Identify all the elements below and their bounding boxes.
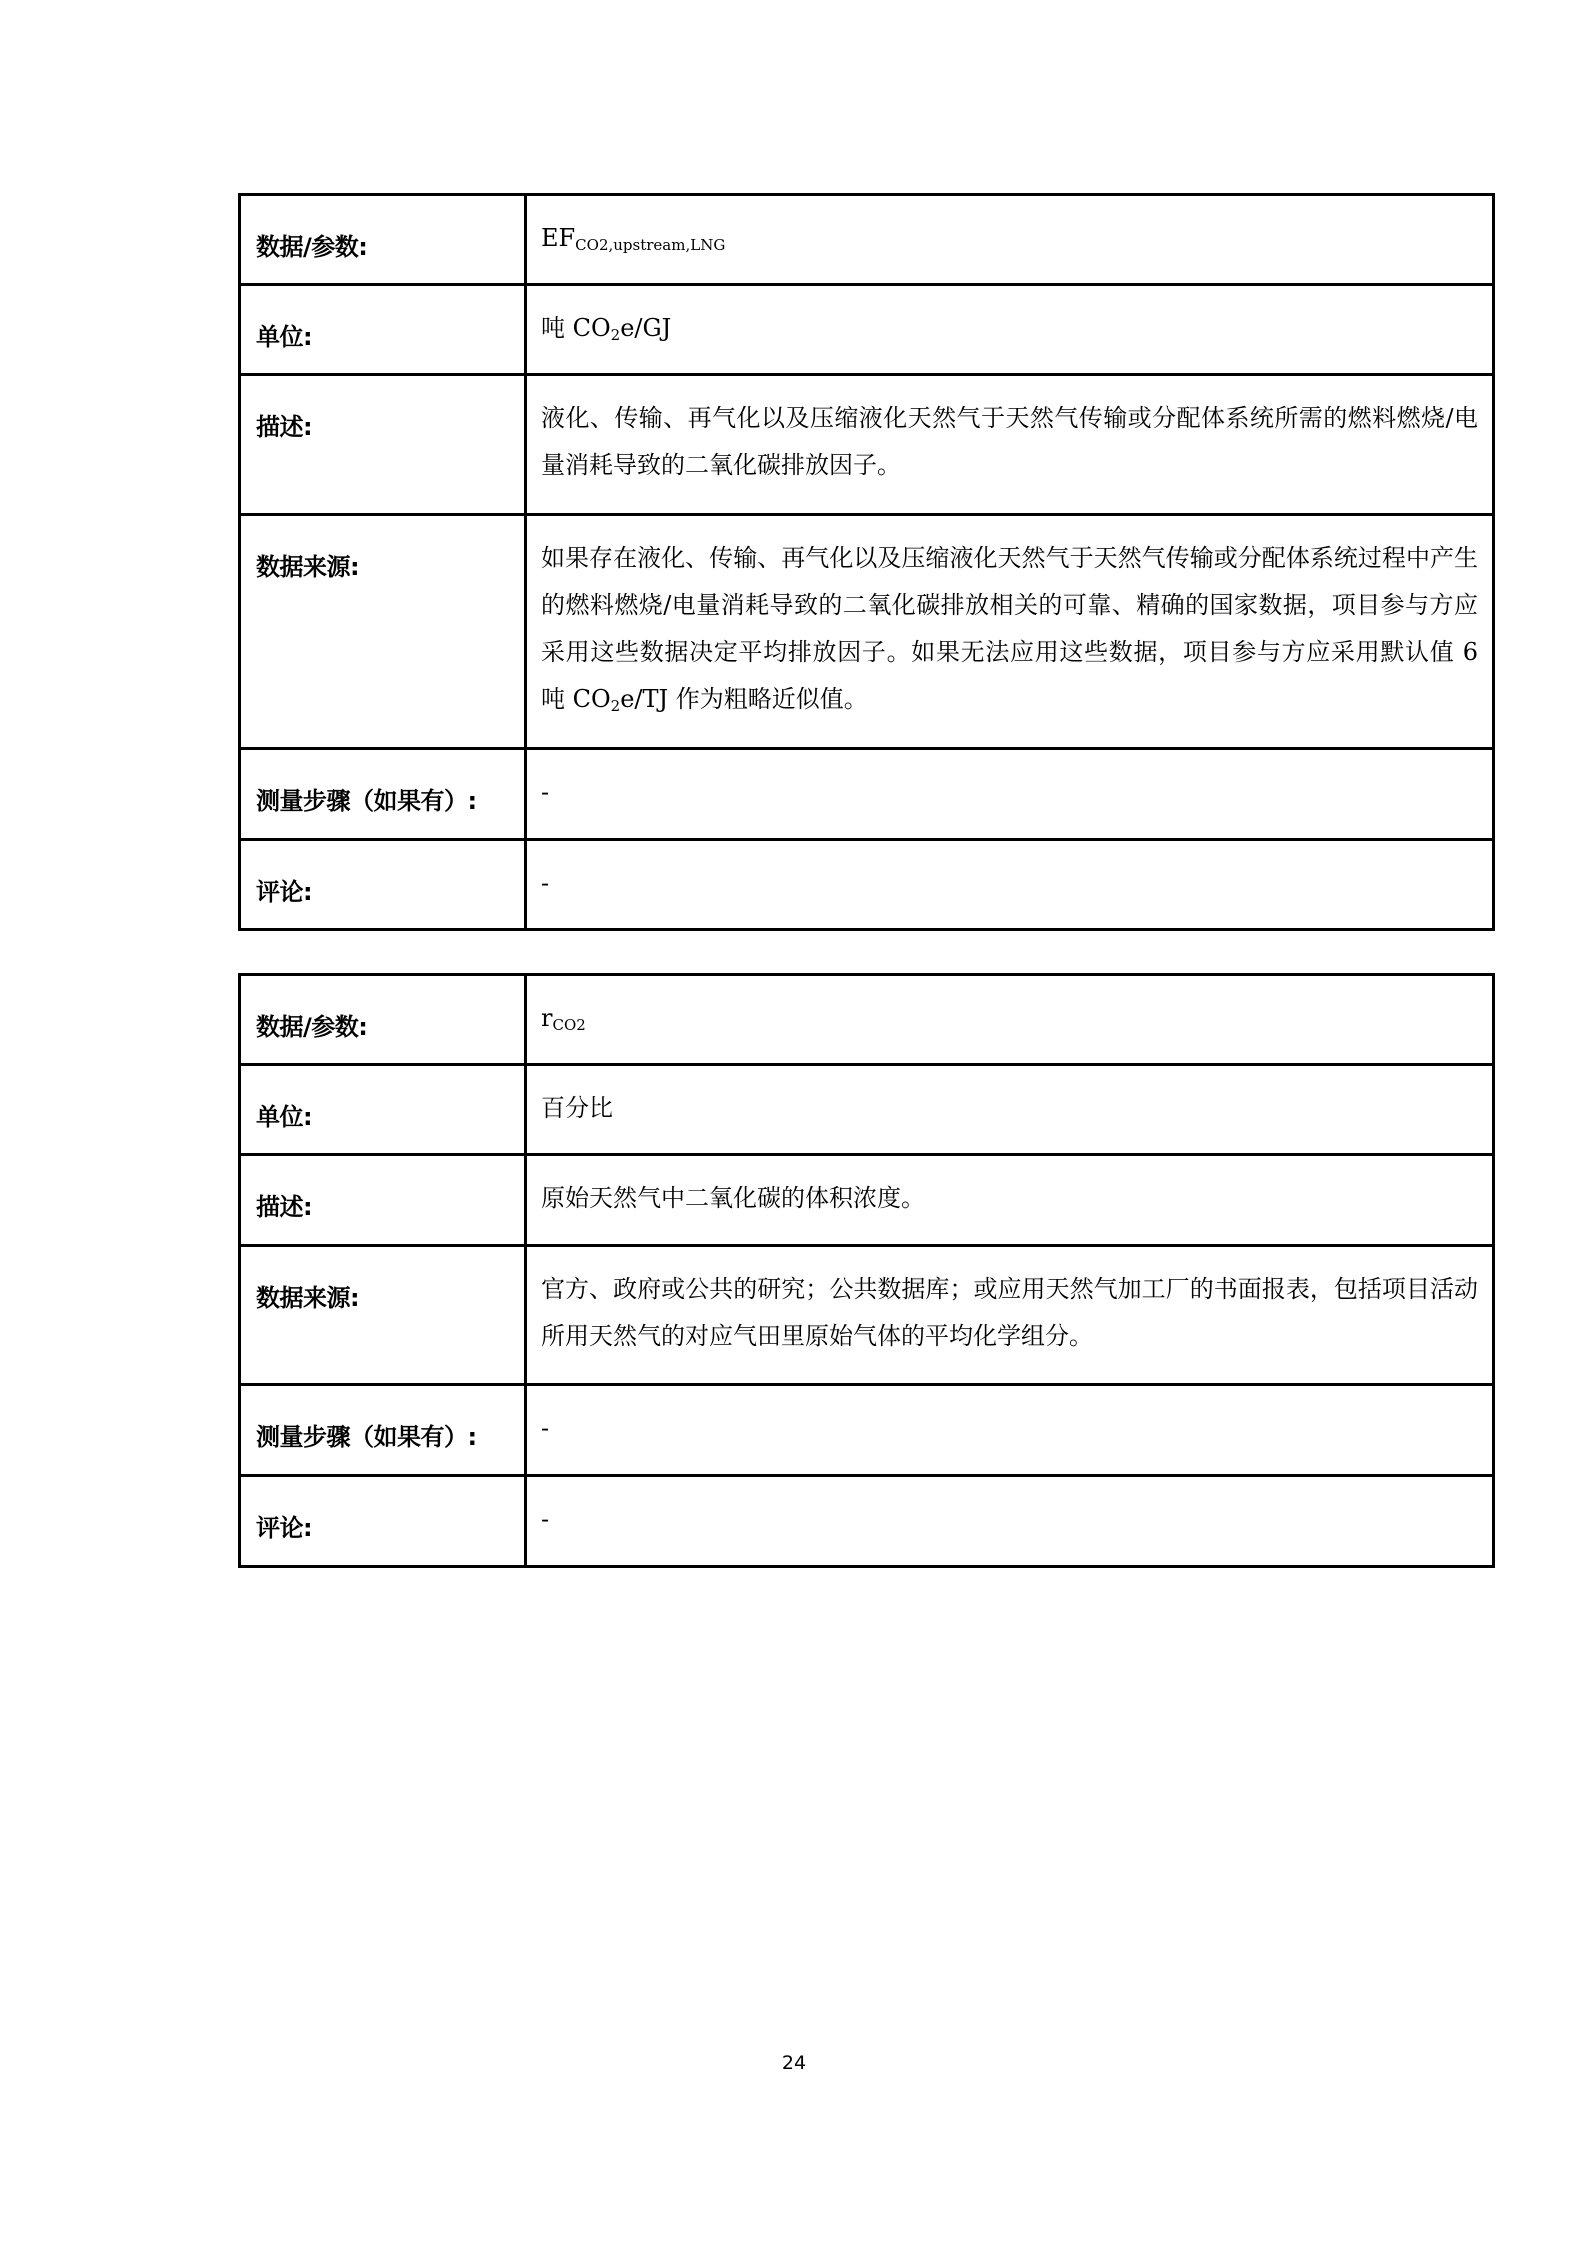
table-row-unit: 单位: 吨 CO2e/GJ bbox=[240, 285, 1494, 375]
label-comment: 评论: bbox=[240, 840, 526, 930]
unit-text-suffix: e/GJ bbox=[620, 314, 671, 342]
label-parameter: 数据/参数: bbox=[240, 975, 526, 1065]
value-unit: 百分比 bbox=[526, 1065, 1494, 1155]
table-row-data-source: 数据来源: 官方、政府或公共的研究；公共数据库；或应用天然气加工厂的书面报表，包… bbox=[240, 1246, 1494, 1385]
value-description: 原始天然气中二氧化碳的体积浓度。 bbox=[526, 1155, 1494, 1246]
table-row-parameter: 数据/参数: rCO2 bbox=[240, 975, 1494, 1065]
table-row-comment: 评论: - bbox=[240, 1476, 1494, 1567]
table-row-description: 描述: 液化、传输、再气化以及压缩液化天然气于天然气传输或分配体系统所需的燃料燃… bbox=[240, 375, 1494, 515]
value-comment: - bbox=[526, 1476, 1494, 1567]
table-row-comment: 评论: - bbox=[240, 840, 1494, 930]
label-parameter: 数据/参数: bbox=[240, 195, 526, 285]
data-source-subscript: 2 bbox=[611, 697, 621, 715]
unit-text: 吨 CO bbox=[541, 314, 611, 342]
value-data-source: 如果存在液化、传输、再气化以及压缩液化天然气于天然气传输或分配体系统过程中产生的… bbox=[526, 515, 1494, 749]
table-row-data-source: 数据来源: 如果存在液化、传输、再气化以及压缩液化天然气于天然气传输或分配体系统… bbox=[240, 515, 1494, 749]
value-data-source: 官方、政府或公共的研究；公共数据库；或应用天然气加工厂的书面报表，包括项目活动所… bbox=[526, 1246, 1494, 1385]
table-row-unit: 单位: 百分比 bbox=[240, 1065, 1494, 1155]
table-row-description: 描述: 原始天然气中二氧化碳的体积浓度。 bbox=[240, 1155, 1494, 1246]
parameter-table-r-co2: 数据/参数: rCO2 单位: 百分比 描述: 原始天然气中二氧化碳的体积浓度。… bbox=[238, 973, 1495, 1568]
value-measurement-procedure: - bbox=[526, 749, 1494, 840]
label-data-source: 数据来源: bbox=[240, 515, 526, 749]
data-source-text-suffix: e/TJ 作为粗略近似值。 bbox=[620, 685, 868, 713]
table-row-parameter: 数据/参数: EFCO2,upstream,LNG bbox=[240, 195, 1494, 285]
table-row-measurement-procedure: 测量步骤（如果有）: - bbox=[240, 749, 1494, 840]
parameter-subscript: CO2,upstream,LNG bbox=[575, 236, 725, 254]
value-parameter: rCO2 bbox=[526, 975, 1494, 1065]
label-unit: 单位: bbox=[240, 1065, 526, 1155]
label-description: 描述: bbox=[240, 1155, 526, 1246]
label-comment: 评论: bbox=[240, 1476, 526, 1567]
unit-subscript: 2 bbox=[611, 326, 621, 344]
value-parameter: EFCO2,upstream,LNG bbox=[526, 195, 1494, 285]
parameter-subscript: CO2 bbox=[552, 1016, 585, 1034]
parameter-table-ef-co2-upstream-lng: 数据/参数: EFCO2,upstream,LNG 单位: 吨 CO2e/GJ … bbox=[238, 193, 1495, 931]
table-row-measurement-procedure: 测量步骤（如果有）: - bbox=[240, 1385, 1494, 1476]
parameter-symbol: r bbox=[541, 1004, 552, 1032]
page-number: 24 bbox=[0, 2052, 1588, 2074]
label-data-source: 数据来源: bbox=[240, 1246, 526, 1385]
value-description: 液化、传输、再气化以及压缩液化天然气于天然气传输或分配体系统所需的燃料燃烧/电量… bbox=[526, 375, 1494, 515]
label-description: 描述: bbox=[240, 375, 526, 515]
label-unit: 单位: bbox=[240, 285, 526, 375]
label-measurement-procedure: 测量步骤（如果有）: bbox=[240, 749, 526, 840]
value-comment: - bbox=[526, 840, 1494, 930]
label-measurement-procedure: 测量步骤（如果有）: bbox=[240, 1385, 526, 1476]
value-unit: 吨 CO2e/GJ bbox=[526, 285, 1494, 375]
parameter-symbol: EF bbox=[541, 224, 575, 252]
value-measurement-procedure: - bbox=[526, 1385, 1494, 1476]
